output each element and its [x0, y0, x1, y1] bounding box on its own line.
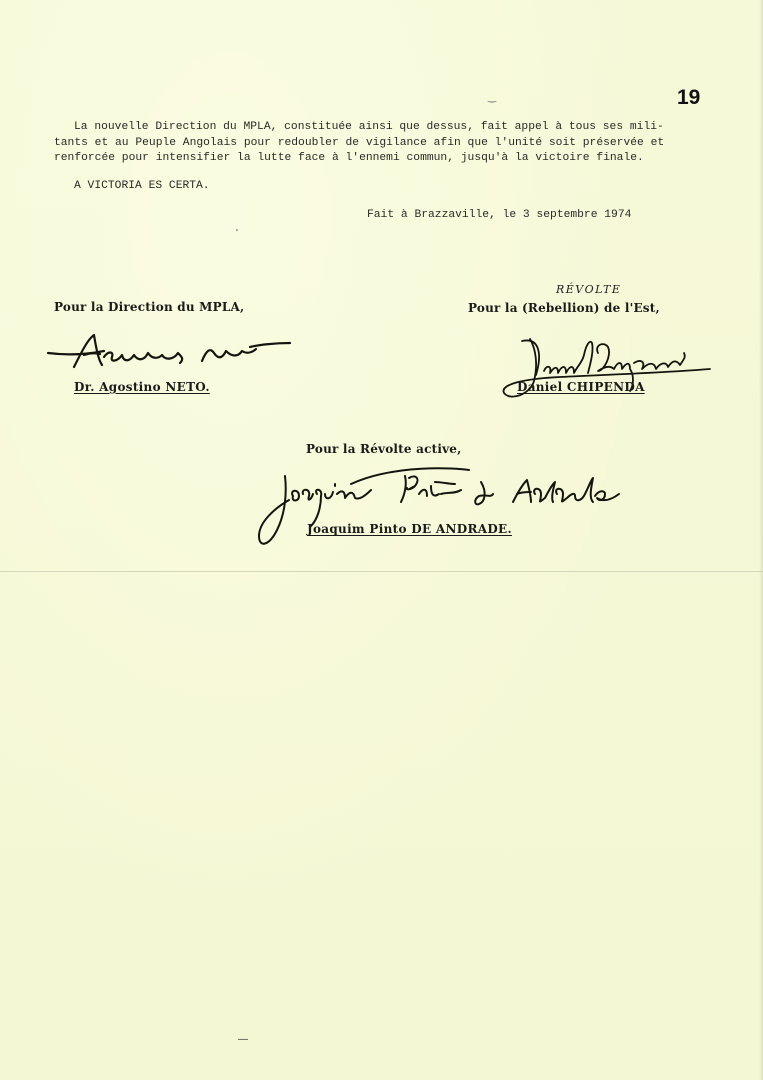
signatory-2-label: Pour la (Rebellion) de l'Est, [468, 301, 660, 315]
signature-andrade [255, 464, 625, 554]
body-paragraph: La nouvelle Direction du MPLA, constitué… [54, 120, 664, 167]
signature-chipenda [500, 335, 715, 405]
signature-neto [44, 333, 294, 373]
signatory-1-label: Pour la Direction du MPLA, [54, 300, 244, 314]
signatory-2-label-suffix: de l'Est, [600, 301, 660, 315]
handwritten-correction: RÉVOLTE [556, 283, 621, 296]
stray-dot: ' [236, 228, 238, 239]
stray-mark-bottom: — [238, 1034, 248, 1045]
stray-mark: ‿ [488, 92, 496, 103]
page-edge-shadow [759, 0, 763, 1080]
closing-motto: A VICTORIA ES CERTA. [74, 179, 210, 195]
body-line-3: renforcée pour intensifier la lutte face… [54, 152, 644, 164]
document-page: ‿ 19 La nouvelle Direction du MPLA, cons… [0, 0, 763, 1080]
signatory-3-printed-name: Joaquim Pinto DE ANDRADE. [307, 522, 512, 536]
place-and-date: Fait à Brazzaville, le 3 septembre 1974 [367, 208, 631, 224]
body-line-1: La nouvelle Direction du MPLA, constitué… [54, 121, 664, 133]
signatory-3-label: Pour la Révolte active, [306, 442, 462, 456]
signatory-2-label-prefix: Pour la [468, 301, 522, 315]
body-line-2: tants et au Peuple Angolais pour redoubl… [54, 137, 664, 149]
fold-line [0, 571, 763, 572]
signatory-2-printed-name: Daniel CHIPENDA [517, 380, 645, 394]
page-number: 19 [677, 86, 700, 110]
signatory-1-printed-name: Dr. Agostino NETO. [74, 380, 210, 394]
struck-word: (Rebellion) [522, 301, 600, 315]
